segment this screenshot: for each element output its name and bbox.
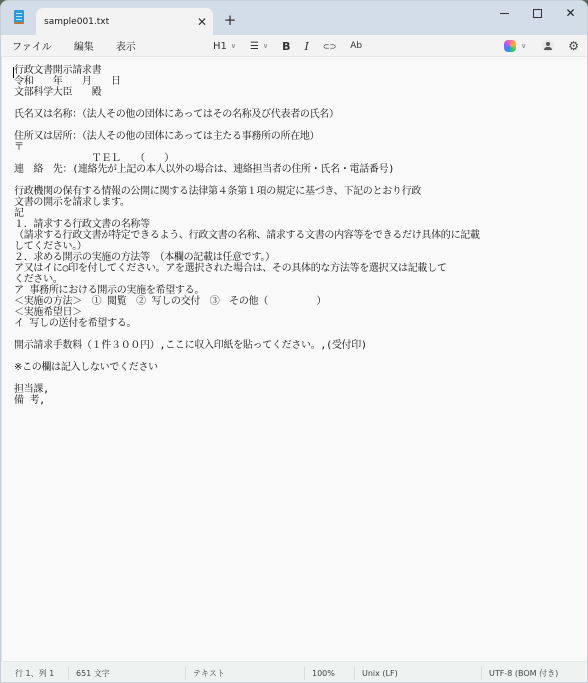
tab-title: sample001.txt bbox=[44, 17, 191, 27]
minimize-icon bbox=[500, 13, 509, 14]
menu-view[interactable]: 表示 bbox=[105, 38, 147, 53]
menu-edit[interactable]: 編集 bbox=[63, 38, 105, 53]
document-text[interactable]: 行政文書開示請求書 令和 年 月 日 文部科学大臣 殿 氏名又は名称：（法人その… bbox=[14, 65, 480, 406]
chevron-down-icon: ∨ bbox=[263, 42, 268, 50]
spellcheck-icon: Ab bbox=[350, 41, 362, 51]
menu-bar: ファイル 編集 表示 H1 ∨ ☰ ∨ B I ⊂⊃ Ab ∨ ⚙ bbox=[1, 35, 587, 57]
maximize-icon bbox=[533, 9, 542, 18]
list-icon: ☰ bbox=[250, 41, 259, 52]
copilot-icon[interactable] bbox=[504, 40, 516, 52]
right-toolbar: ∨ ⚙ bbox=[504, 35, 579, 57]
spellcheck-button[interactable]: Ab bbox=[350, 41, 362, 51]
zoom-level[interactable]: 100% bbox=[304, 667, 354, 680]
bold-button[interactable]: B bbox=[282, 40, 290, 53]
maximize-button[interactable] bbox=[521, 1, 554, 25]
chevron-down-icon[interactable]: ∨ bbox=[521, 42, 526, 50]
encoding[interactable]: UTF-8 (BOM 付き) bbox=[481, 667, 581, 680]
new-tab-button[interactable]: + bbox=[223, 11, 237, 29]
gear-icon[interactable]: ⚙ bbox=[568, 39, 579, 53]
link-button[interactable]: ⊂⊃ bbox=[323, 42, 336, 51]
tab-sample001[interactable]: sample001.txt ✕ bbox=[36, 8, 213, 35]
text-format[interactable]: テキスト bbox=[185, 667, 304, 680]
notepad-window: sample001.txt ✕ + ✕ ファイル 編集 表示 H1 ∨ ☰ ∨ … bbox=[0, 0, 588, 683]
minimize-button[interactable] bbox=[488, 1, 521, 25]
text-editor[interactable]: 行政文書開示請求書 令和 年 月 日 文部科学大臣 殿 氏名又は名称：（法人その… bbox=[1, 57, 587, 661]
notepad-app-icon bbox=[14, 10, 24, 24]
list-dropdown[interactable]: ☰ ∨ bbox=[250, 41, 268, 52]
chevron-down-icon: ∨ bbox=[231, 42, 236, 50]
heading-dropdown[interactable]: H1 ∨ bbox=[213, 41, 236, 52]
link-icon: ⊂⊃ bbox=[323, 42, 336, 51]
line-ending[interactable]: Unix (LF) bbox=[354, 667, 481, 680]
character-count: 651 文字 bbox=[68, 667, 185, 680]
menu-file[interactable]: ファイル bbox=[1, 38, 63, 53]
status-bar: 行 1、列 1 651 文字 テキスト 100% Unix (LF) UTF-8… bbox=[1, 661, 587, 683]
cursor-position: 行 1、列 1 bbox=[1, 667, 68, 680]
close-window-button[interactable]: ✕ bbox=[554, 1, 587, 25]
heading-label: H1 bbox=[213, 41, 227, 52]
formatting-toolbar: H1 ∨ ☰ ∨ B I ⊂⊃ Ab bbox=[213, 35, 376, 57]
window-controls: ✕ bbox=[488, 1, 587, 25]
tab-close-icon[interactable]: ✕ bbox=[191, 15, 213, 29]
title-bar: sample001.txt ✕ + ✕ bbox=[1, 1, 587, 35]
account-icon[interactable] bbox=[542, 40, 554, 52]
italic-button[interactable]: I bbox=[305, 40, 309, 53]
